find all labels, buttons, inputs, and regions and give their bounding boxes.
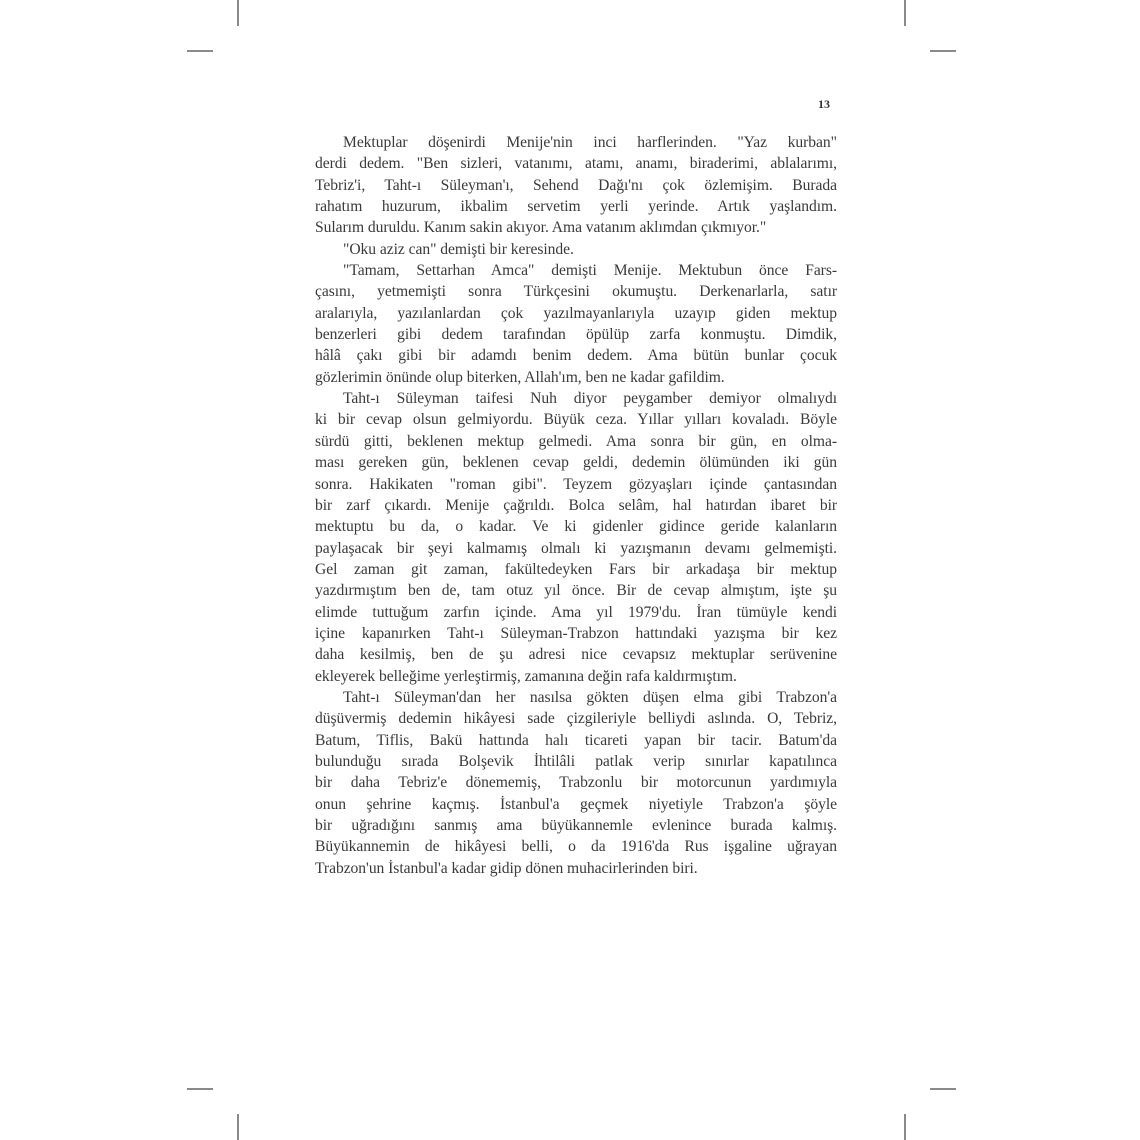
text-line: Büyükannemin de hikâyesi belli, o da 191… — [315, 836, 837, 857]
text-line: Batum, Tiflis, Bakü hattında halı ticare… — [315, 730, 837, 751]
text-line: Taht-ı Süleyman'dan her nasılsa gökten d… — [315, 687, 837, 708]
text-line: derdi dedem. "Ben sizleri, vatanımı, ata… — [315, 153, 837, 174]
crop-mark-bottom-left-horizontal — [187, 1088, 213, 1090]
text-line: daha kesilmiş, ben de şu adresi nice cev… — [315, 644, 837, 665]
text-line: "Tamam, Settarhan Amca" demişti Menije. … — [315, 260, 837, 281]
paragraph: Taht-ı Süleyman'dan her nasılsa gökten d… — [315, 687, 837, 879]
page-number: 13 — [810, 97, 830, 112]
text-line: rahatım huzurum, ikbalim servetim yerli … — [315, 196, 837, 217]
crop-mark-bottom-right-horizontal — [930, 1088, 956, 1090]
text-line: içine kapanırken Taht-ı Süleyman-Trabzon… — [315, 623, 837, 644]
text-line: yazdırmıştım ben de, tam otuz yıl önce. … — [315, 580, 837, 601]
text-line: aralarıyla, yazılanlardan çok yazılmayan… — [315, 303, 837, 324]
text-line: gözlerimin önünde olup biterken, Allah'ı… — [315, 367, 837, 388]
body-text: Mektuplar döşenirdi Menije'nin inci harf… — [315, 132, 837, 879]
text-line: bir zarf çıkardı. Menije çağrıldı. Bolca… — [315, 495, 837, 516]
text-line: benzerleri gibi dedem tarafından öpülüp … — [315, 324, 837, 345]
crop-mark-bottom-left-vertical — [237, 1114, 239, 1140]
text-line: Sularım duruldu. Kanım sakin akıyor. Ama… — [315, 217, 837, 238]
crop-mark-top-left-vertical — [237, 0, 239, 26]
text-line: Trabzon'un İstanbul'a kadar gidip dönen … — [315, 858, 837, 879]
paragraph: "Tamam, Settarhan Amca" demişti Menije. … — [315, 260, 837, 388]
crop-mark-top-right-horizontal — [930, 50, 956, 52]
paragraph: Mektuplar döşenirdi Menije'nin inci harf… — [315, 132, 837, 239]
crop-mark-top-left-horizontal — [187, 50, 213, 52]
text-line: Tebriz'i, Taht-ı Süleyman'ı, Sehend Dağı… — [315, 175, 837, 196]
crop-mark-bottom-right-vertical — [904, 1114, 906, 1140]
text-line: "Oku aziz can" demişti bir keresinde. — [315, 239, 837, 260]
text-line: ekleyerek belleğime yerleştirmiş, zamanı… — [315, 666, 837, 687]
text-line: çasını, yetmemişti sonra Türkçesini okum… — [315, 281, 837, 302]
text-line: düşüvermiş dedemin hikâyesi sade çizgile… — [315, 708, 837, 729]
text-line: ki bir cevap olsun gelmiyordu. Büyük cez… — [315, 409, 837, 430]
text-line: ması gereken gün, beklenen cevap geldi, … — [315, 452, 837, 473]
crop-mark-top-right-vertical — [904, 0, 906, 26]
text-line: Mektuplar döşenirdi Menije'nin inci harf… — [315, 132, 837, 153]
text-line: onun şehrine kaçmış. İstanbul'a geçmek n… — [315, 794, 837, 815]
text-line: mektuptu bu da, o kadar. Ve ki gidenler … — [315, 516, 837, 537]
text-line: bir uğradığını sanmış ama büyükannemle e… — [315, 815, 837, 836]
paragraph: "Oku aziz can" demişti bir keresinde. — [315, 239, 837, 260]
text-line: bir daha Tebriz'e dönememiş, Trabzonlu b… — [315, 772, 837, 793]
paragraph: Taht-ı Süleyman taifesi Nuh diyor peygam… — [315, 388, 837, 687]
text-line: sonra. Hakikaten "roman gibi". Teyzem gö… — [315, 474, 837, 495]
text-line: bulunduğu sırada Bolşevik İhtilâli patla… — [315, 751, 837, 772]
text-line: elimde tuttuğum zarfın içinde. Ama yıl 1… — [315, 602, 837, 623]
text-line: paylaşacak bir şeyi kalmamış olmalı ki y… — [315, 538, 837, 559]
text-line: Taht-ı Süleyman taifesi Nuh diyor peygam… — [315, 388, 837, 409]
text-line: sürdü gitti, beklenen mektup gelmedi. Am… — [315, 431, 837, 452]
text-line: hâlâ çakı gibi bir adamdı benim dedem. A… — [315, 345, 837, 366]
text-line: Gel zaman git zaman, fakültedeyken Fars … — [315, 559, 837, 580]
